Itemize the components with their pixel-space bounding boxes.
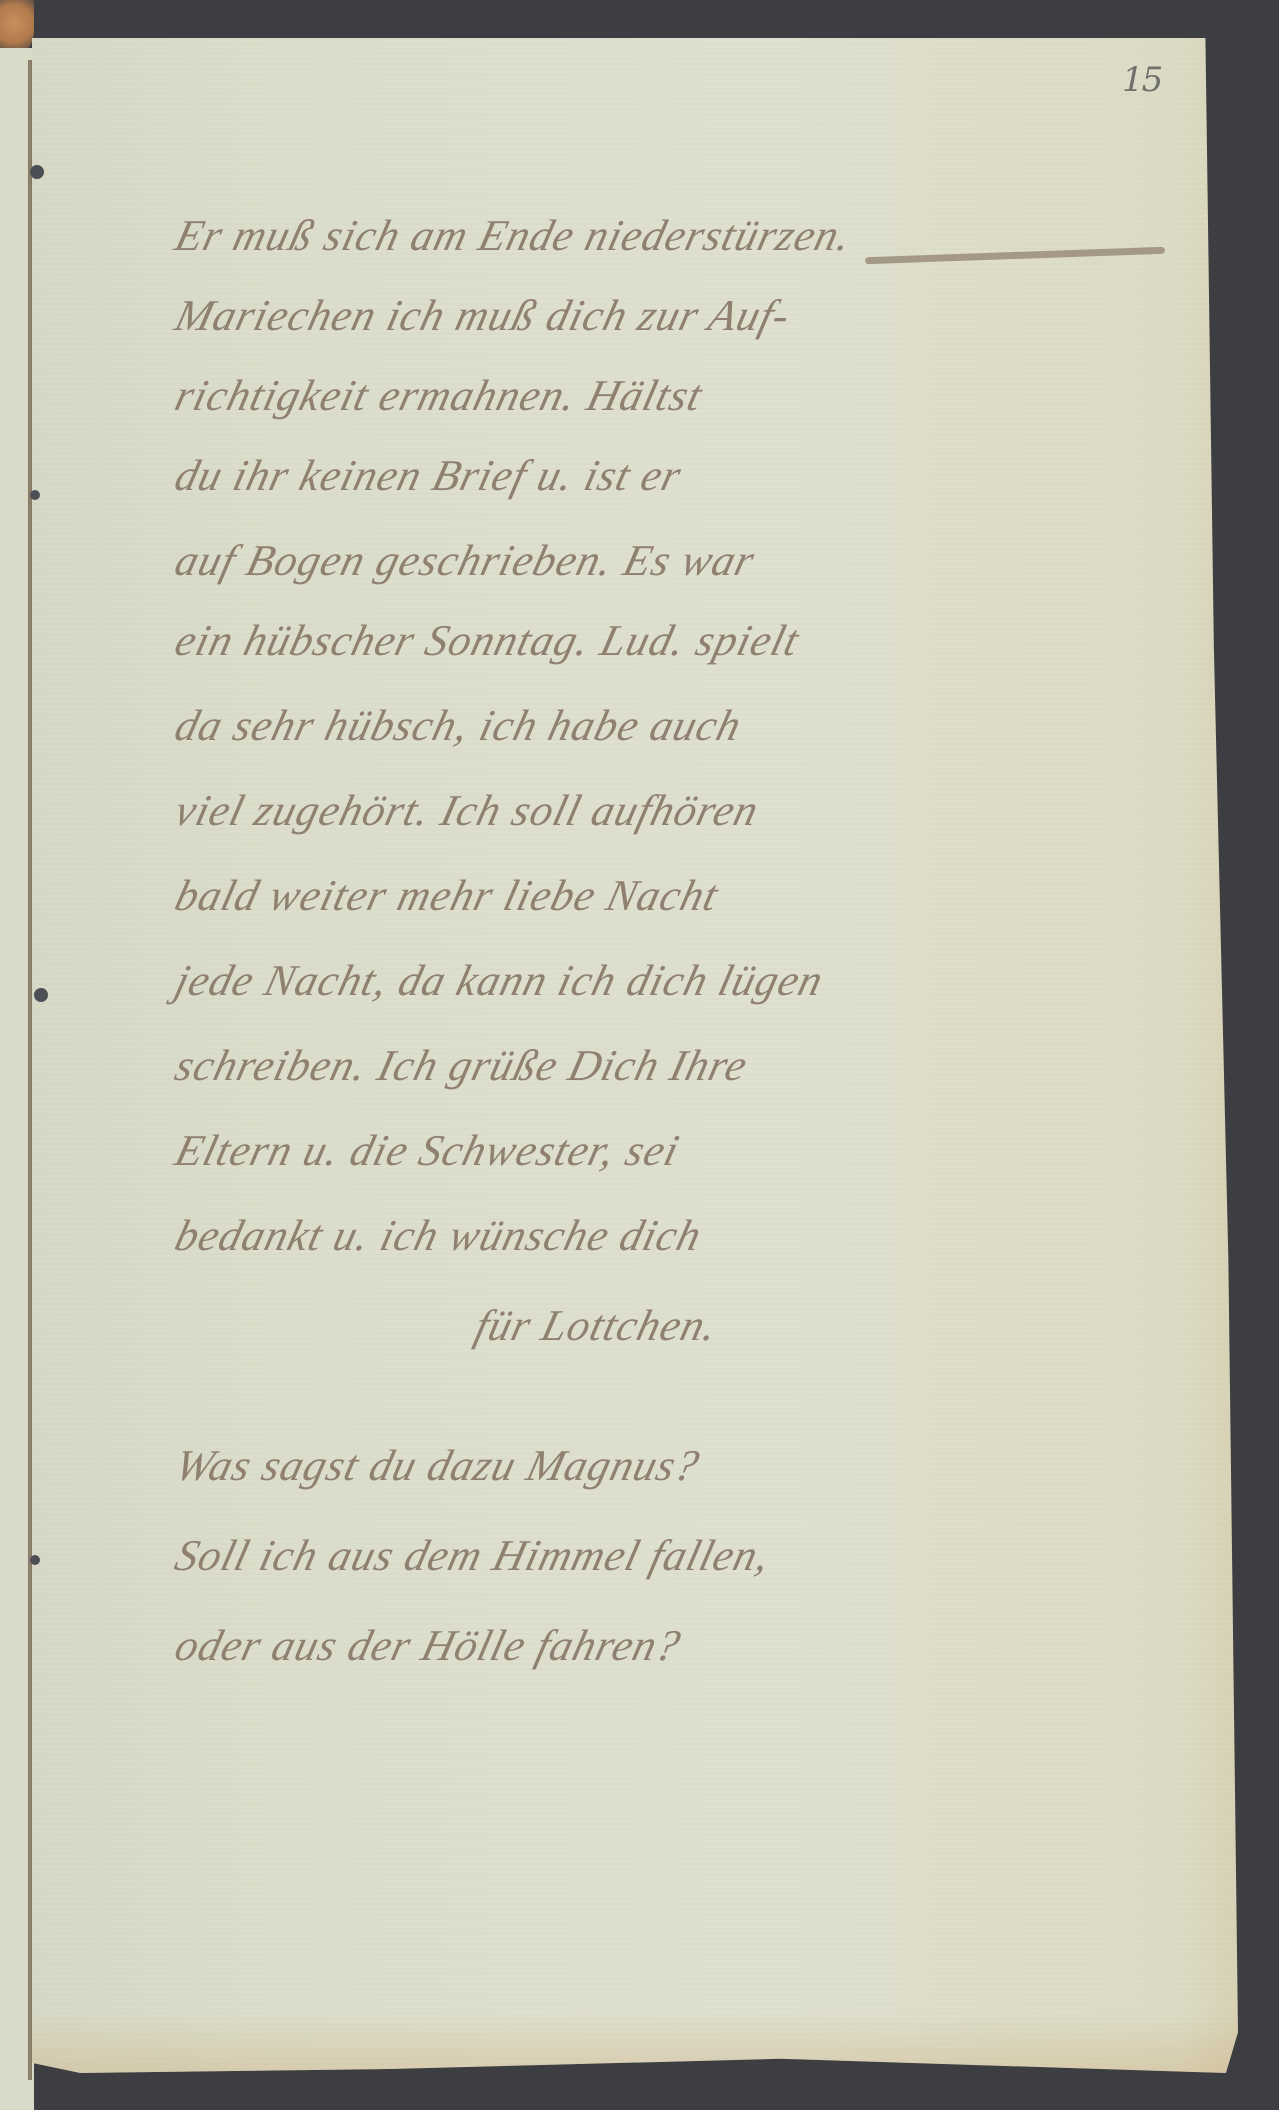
binding-thread-mark [30,165,44,179]
manuscript-line: Eltern u. die Schwester, sei [170,1125,685,1176]
paper-stain [32,2013,1238,2073]
manuscript-line: jede Nacht, da kann ich dich lügen [170,955,829,1006]
binding-thread-mark [30,1555,40,1565]
manuscript-line: schreiben. Ich grüße Dich Ihre [170,1040,753,1091]
manuscript-line: viel zugehört. Ich soll aufhören [170,785,764,836]
manuscript-signature: für Lottchen. [470,1300,723,1351]
manuscript-line: du ihr keinen Brief u. ist er [170,450,687,501]
manuscript-line: da sehr hübsch, ich habe auch [170,700,747,751]
corner-stain [0,0,34,52]
binding-thread-mark [30,490,40,500]
manuscript-line: oder aus der Hölle fahren? [170,1620,686,1671]
manuscript-line: richtigkeit ermahnen. Hältst [170,370,708,421]
manuscript-line: Er muß sich am Ende niederstürzen. [170,210,857,261]
manuscript-line: bald weiter mehr liebe Nacht [170,870,724,921]
binding-gutter [28,60,32,2080]
binding-thread-mark [34,988,48,1002]
manuscript-line: auf Bogen geschrieben. Es war [170,535,760,586]
manuscript-line: ein hübscher Sonntag. Lud. spielt [170,615,805,666]
manuscript-line: Was sagst du dazu Magnus? [170,1440,705,1491]
manuscript-line: Mariechen ich muß dich zur Auf- [170,290,796,341]
manuscript-line: bedankt u. ich wünsche dich [170,1210,707,1261]
page-number: 15 [1122,60,1161,100]
manuscript-line: Soll ich aus dem Himmel fallen, [170,1530,776,1581]
